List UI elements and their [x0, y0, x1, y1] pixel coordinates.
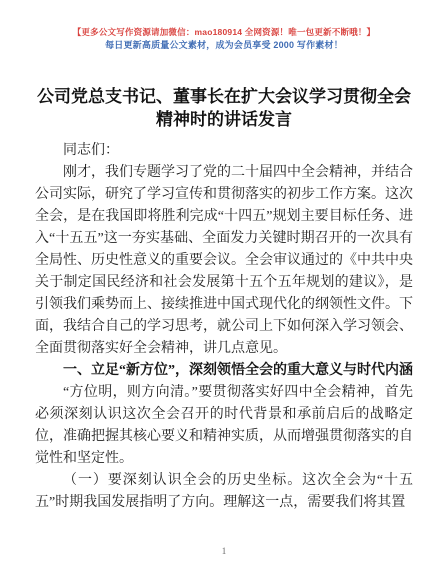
promo-header: 【更多公文写作资源请加微信：mao180914 全网资源！唯一包更新不断哦！】 …: [0, 0, 448, 52]
page-number: 1: [0, 546, 448, 556]
paragraph: 刚才，我们专题学习了党的二十届四中全会精神，并结合公司实际，研究了学习宣传和贯彻…: [35, 162, 413, 360]
paragraph: “方位明，则方向清。”要贯彻落实好四中全会精神，首先必须深刻认识这次全会召开的时…: [35, 382, 413, 470]
promo-line-blue: 每日更新高质量公文素材，成为会员享受 2000 写作素材！: [0, 39, 448, 52]
document-title: 公司党总支书记、董事长在扩大会议学习贯彻全会精神时的讲话发言: [30, 85, 418, 131]
section-heading: 一、立足“新方位”，深刻领悟全会的重大意义与时代内涵: [35, 360, 413, 382]
document-body: 同志们：刚才，我们专题学习了党的二十届四中全会精神，并结合公司实际，研究了学习宣…: [0, 140, 448, 514]
document-page: 【更多公文写作资源请加微信：mao180914 全网资源！唯一包更新不断哦！】 …: [0, 0, 448, 580]
paragraph: （一）要深刻认识全会的历史坐标。这次全会为“十五五”时期我国发展指明了方向。理解…: [35, 470, 413, 514]
paragraph: 同志们：: [35, 140, 413, 162]
promo-line-red: 【更多公文写作资源请加微信：mao180914 全网资源！唯一包更新不断哦！】: [0, 25, 448, 39]
